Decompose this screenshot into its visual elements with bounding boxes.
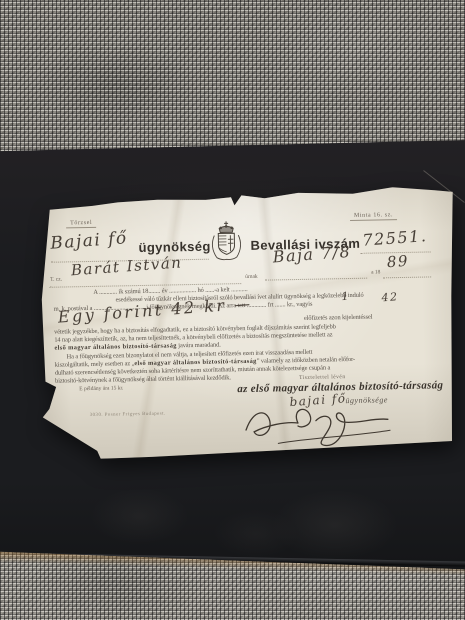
corner-label-sample-number: Minta 16. sz. [350, 212, 397, 221]
signature-handwriting [238, 399, 414, 450]
dateline-year-handwritten: 89 [386, 252, 409, 272]
amount-forint-handwritten: 1 [341, 290, 350, 304]
company-name-bold-inline: első magyar általános biztosító-társaság [54, 342, 176, 351]
ruled-blank [265, 278, 367, 281]
form-line-part: ” valamely az időközben netalán előfor- [257, 356, 355, 365]
addressee-name-handwritten: Barát István [70, 253, 183, 279]
agency-label: ügynökség [138, 239, 211, 255]
dateline-year-printed: a 18 [371, 269, 380, 275]
form-line-rest: javára maradand. [178, 341, 221, 349]
coat-of-arms-icon [208, 220, 245, 263]
fabric-background-top [0, 0, 465, 155]
price-note: E példány ára 15 kr. [79, 385, 123, 392]
agency-name-handwritten: Bajai fő [50, 228, 129, 253]
ruled-blank [383, 276, 431, 278]
addressee-suffix: úrnak [245, 274, 258, 280]
addressee-prefix: T. cz. [50, 277, 62, 283]
form-line: előfizetés azon kijelentéssel [304, 314, 373, 323]
amount-krajczar-handwritten: 42 [381, 290, 399, 304]
declaration-number-handwritten: 72551. [362, 226, 428, 250]
printer-mark: 3030. Posner Frigyes Budapest. [90, 412, 166, 418]
corner-label-left: Törzsel [66, 220, 96, 229]
document-paper: Törzsel Minta 16. sz. Bajai fő ügynökség… [33, 182, 458, 464]
salutation: Tisztelettel lévén [299, 374, 346, 381]
